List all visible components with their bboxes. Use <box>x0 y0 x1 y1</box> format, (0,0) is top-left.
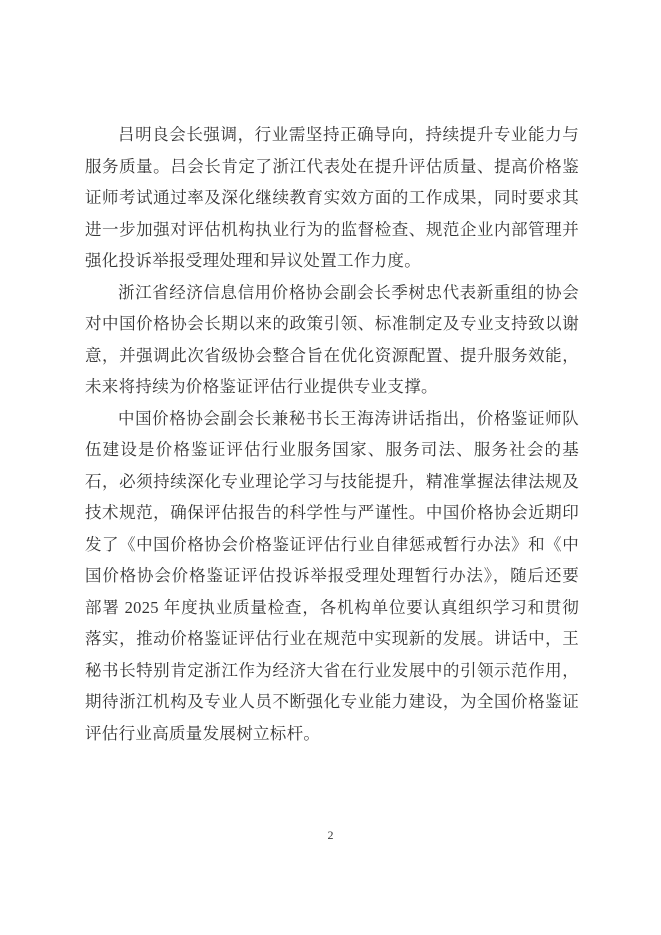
document-body: 吕明良会长强调，行业需坚持正确导向，持续提升专业能力与服务质量。吕会长肯定了浙江… <box>85 119 579 749</box>
document-page: 吕明良会长强调，行业需坚持正确导向，持续提升专业能力与服务质量。吕会长肯定了浙江… <box>0 0 661 935</box>
paragraph: 浙江省经济信息信用价格协会副会长季树忠代表新重组的协会对中国价格协会长期以来的政… <box>85 277 579 403</box>
paragraph: 中国价格协会副会长兼秘书长王海涛讲话指出，价格鉴证师队伍建设是价格鉴证评估行业服… <box>85 403 579 750</box>
paragraph: 吕明良会长强调，行业需坚持正确导向，持续提升专业能力与服务质量。吕会长肯定了浙江… <box>85 119 579 277</box>
page-footer: 2 <box>0 826 661 844</box>
page-number: 2 <box>328 828 334 842</box>
